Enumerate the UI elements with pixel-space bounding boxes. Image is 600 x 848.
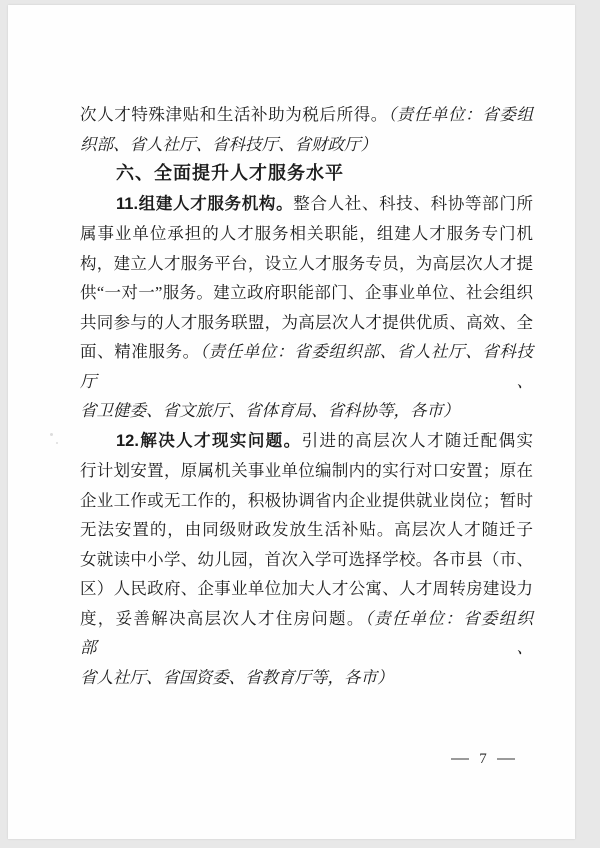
- text-segment: 行计划安置，原属机关事业单位编制内的实行对口安置；原在: [80, 461, 533, 480]
- text-line: 女就读中小学、幼儿园，首次入学可选择学校。各市县（市、: [80, 545, 533, 575]
- text-segment: 12.解决人才现实问题。: [116, 432, 302, 450]
- text-segment: 供“一对一”服务。建立政府职能部门、企事业单位、社会组织: [80, 283, 533, 302]
- text-segment: （责任单位：省委组: [388, 105, 533, 124]
- text-line: 企业工作或无工作的，积极协调省内企业提供就业岗位；暂时: [80, 486, 533, 516]
- text-line: 11.组建人才服务机构。整合人社、科技、科协等部门所: [80, 189, 533, 220]
- scan-artifact: [50, 433, 53, 436]
- text-segment: 11.组建人才服务机构。: [116, 195, 293, 213]
- text-segment: 区）人民政府、企事业单位加大人才公寓、人才周转房建设力: [80, 579, 533, 598]
- footer-rule-left: [451, 758, 469, 760]
- text-line: 省人社厅、省国资委、省教育厅等，各市）: [80, 663, 533, 693]
- text-segment: 省人社厅、省国资委、省教育厅等，各市）: [80, 668, 394, 687]
- scan-background: 次人才特殊津贴和生活补助为税后所得。（责任单位：省委组织部、省人社厅、省科技厅、…: [0, 0, 600, 848]
- text-segment: 面、精准服务。: [80, 342, 200, 361]
- text-segment: 共同参与的人才服务联盟，为高层次人才提供优质、高效、全: [80, 313, 533, 332]
- text-line: 区）人民政府、企事业单位加大人才公寓、人才周转房建设力: [80, 574, 533, 604]
- text-segment: 织部、省人社厅、省科技厅、省财政厅）: [80, 135, 377, 154]
- text-segment: 企业工作或无工作的，积极协调省内企业提供就业岗位；暂时: [80, 491, 533, 510]
- scan-artifact: [56, 442, 58, 444]
- footer-rule-right: [497, 758, 515, 760]
- text-segment: 度，妥善解决高层次人才住房问题。: [80, 609, 365, 628]
- text-line: 面、精准服务。（责任单位：省委组织部、省人社厅、省科技厅、: [80, 337, 533, 396]
- text-line: 度，妥善解决高层次人才住房问题。（责任单位：省委组织部、: [80, 604, 533, 663]
- text-line: 构，建立人才服务平台，设立人才服务专员，为高层次人才提: [80, 249, 533, 279]
- document-body: 次人才特殊津贴和生活补助为税后所得。（责任单位：省委组织部、省人社厅、省科技厅、…: [80, 100, 533, 692]
- paragraph: 次人才特殊津贴和生活补助为税后所得。（责任单位：省委组织部、省人社厅、省科技厅、…: [80, 100, 533, 159]
- text-line: 次人才特殊津贴和生活补助为税后所得。（责任单位：省委组: [80, 100, 533, 130]
- text-segment: 引进的高层次人才随迁配偶实: [302, 431, 533, 450]
- text-segment: 属事业单位承担的人才服务相关职能，组建人才服务专门机: [80, 224, 533, 243]
- text-line: 12.解决人才现实问题。引进的高层次人才随迁配偶实: [80, 426, 533, 457]
- text-line: 供“一对一”服务。建立政府职能部门、企事业单位、社会组织: [80, 278, 533, 308]
- section-heading: 六、全面提升人才服务水平: [80, 159, 533, 189]
- page-number: 7: [479, 751, 487, 768]
- text-line: 省卫健委、省文旅厅、省体育局、省科协等，各市）: [80, 396, 533, 426]
- paragraph: 11.组建人才服务机构。整合人社、科技、科协等部门所属事业单位承担的人才服务相关…: [80, 189, 533, 426]
- page-footer: 7: [423, 748, 543, 770]
- text-line: 无法安置的，由同级财政发放生活补贴。高层次人才随迁子: [80, 515, 533, 545]
- text-segment: 女就读中小学、幼儿园，首次入学可选择学校。各市县（市、: [80, 550, 533, 569]
- text-line: 属事业单位承担的人才服务相关职能，组建人才服务专门机: [80, 219, 533, 249]
- text-segment: 无法安置的，由同级财政发放生活补贴。高层次人才随迁子: [80, 520, 533, 539]
- text-segment: 省卫健委、省文旅厅、省体育局、省科协等，各市）: [80, 401, 460, 420]
- text-line: 共同参与的人才服务联盟，为高层次人才提供优质、高效、全: [80, 308, 533, 338]
- text-segment: 六、全面提升人才服务水平: [116, 163, 344, 183]
- text-segment: 整合人社、科技、科协等部门所: [293, 194, 533, 213]
- text-line: 织部、省人社厅、省科技厅、省财政厅）: [80, 130, 533, 160]
- text-line: 六、全面提升人才服务水平: [80, 159, 533, 189]
- text-segment: 构，建立人才服务平台，设立人才服务专员，为高层次人才提: [80, 254, 533, 273]
- document-page: 次人才特殊津贴和生活补助为税后所得。（责任单位：省委组织部、省人社厅、省科技厅、…: [8, 5, 575, 839]
- text-line: 行计划安置，原属机关事业单位编制内的实行对口安置；原在: [80, 456, 533, 486]
- paragraph: 12.解决人才现实问题。引进的高层次人才随迁配偶实行计划安置，原属机关事业单位编…: [80, 426, 533, 693]
- text-segment: 次人才特殊津贴和生活补助为税后所得。: [80, 105, 388, 124]
